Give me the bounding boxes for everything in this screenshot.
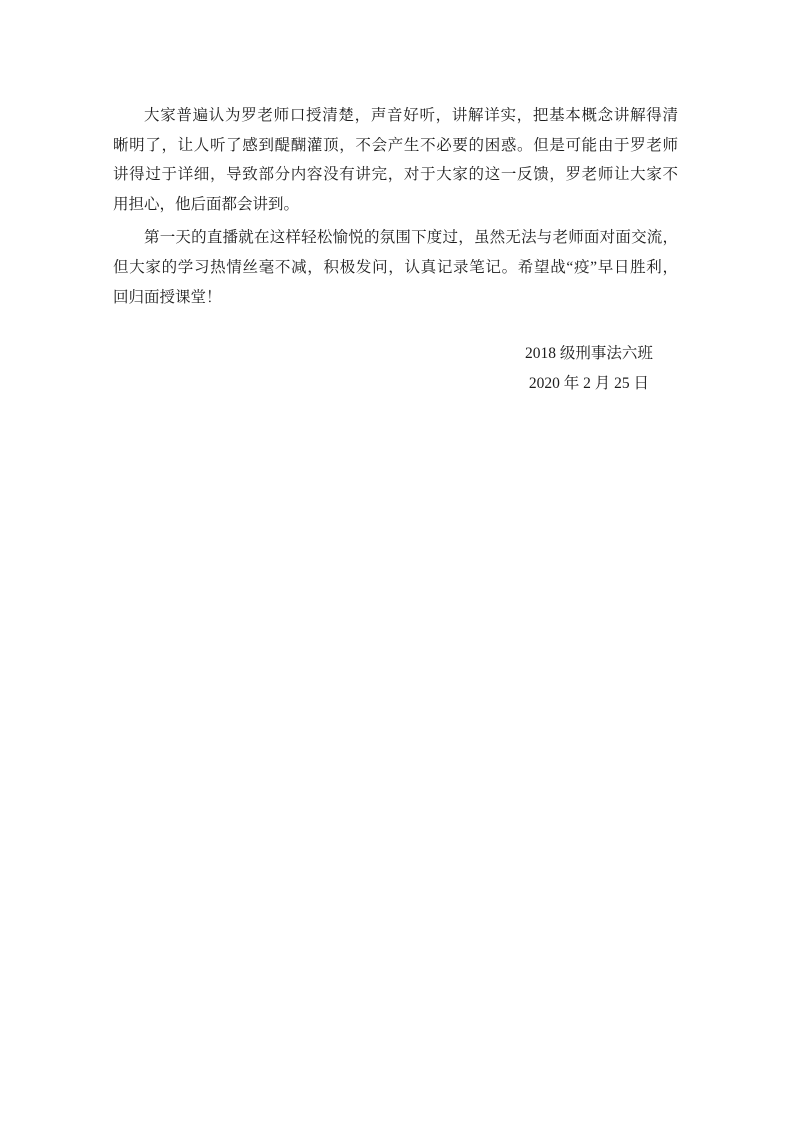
- text-line: 用担心，他后面都会讲到。: [113, 190, 678, 220]
- paragraph: 大家普遍认为罗老师口授清楚，声音好听，讲解详实，把基本概念讲解得清 晰明了，让人…: [113, 101, 678, 219]
- text-line: 回归面授课堂！: [113, 283, 678, 313]
- signature-block: 2018 级刑事法六班 2020 年 2 月 25 日: [513, 339, 665, 399]
- paragraph: 第一天的直播就在这样轻松愉悦的氛围下度过，虽然无法与老师面对面交流， 但大家的学…: [113, 223, 678, 312]
- signature-class-line: 2018 级刑事法六班: [513, 339, 665, 369]
- signature-date-line: 2020 年 2 月 25 日: [513, 369, 665, 399]
- text-line: 第一天的直播就在这样轻松愉悦的氛围下度过，虽然无法与老师面对面交流，: [113, 223, 678, 253]
- text-line: 大家普遍认为罗老师口授清楚，声音好听，讲解详实，把基本概念讲解得清: [113, 101, 678, 131]
- text-line: 但大家的学习热情丝毫不减，积极发问，认真记录笔记。希望战“疫”早日胜利，: [113, 253, 678, 283]
- text-line: 晰明了，让人听了感到醍醐灌顶，不会产生不必要的困惑。但是可能由于罗老师: [113, 131, 678, 161]
- document-page: 大家普遍认为罗老师口授清楚，声音好听，讲解详实，把基本概念讲解得清 晰明了，让人…: [0, 0, 793, 1122]
- text-line: 讲得过于详细，导致部分内容没有讲完，对于大家的这一反馈，罗老师让大家不: [113, 160, 678, 190]
